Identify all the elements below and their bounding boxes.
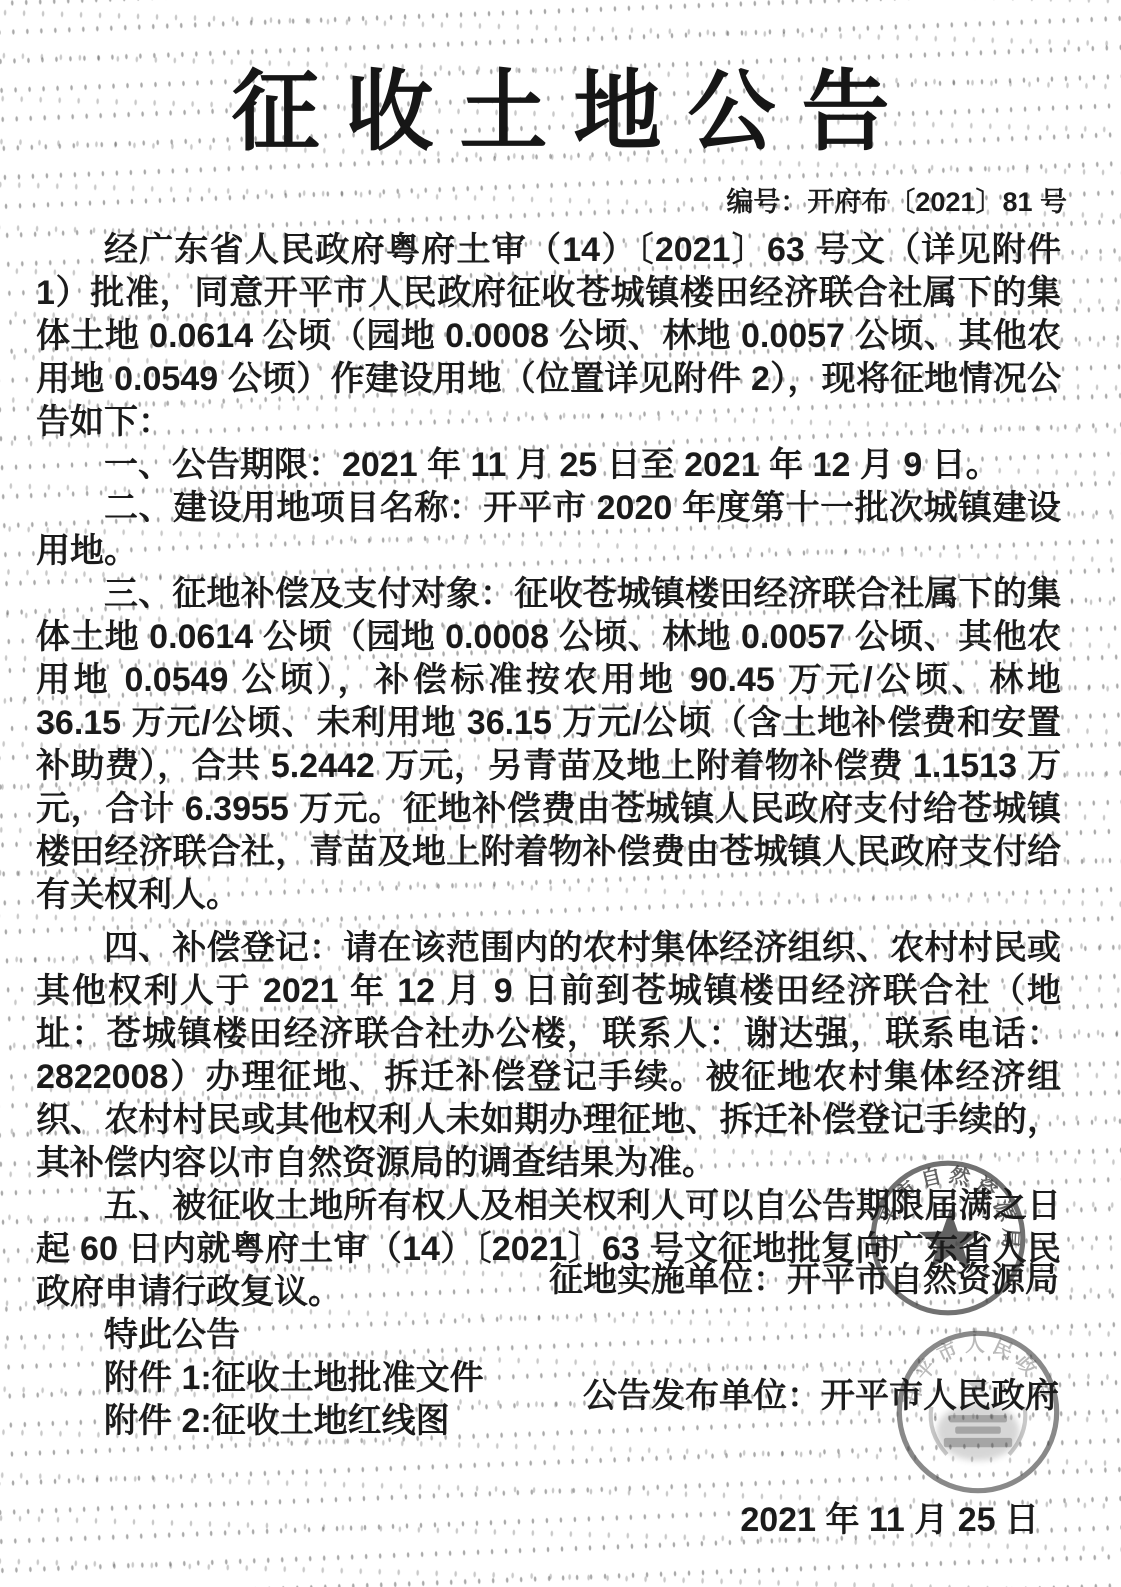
implementing-unit-line: 征地实施单位：开平市自然资源局 [549, 1252, 1059, 1301]
announcement-page: 征收土地公告 编号：开府布〔2021〕81 号 经广东省人民政府粤府土审（14）… [0, 0, 1121, 1587]
paragraph-intro: 经广东省人民政府粤府土审（14）〔2021〕63 号文（详见附件 1）批准，同意… [36, 229, 1061, 444]
issuing-unit-line: 公告发布单位：开平市人民政府 [583, 1368, 1059, 1417]
paragraph-item-1: 一、公告期限：2021 年 11 月 25 日至 2021 年 12 月 9 日… [36, 444, 1061, 487]
paragraph-item-3: 三、征地补偿及支付对象：征收苍城镇楼田经济联合社属下的集体土地 0.0614 公… [36, 573, 1061, 917]
paragraph-item-2: 二、建设用地项目名称：开平市 2020 年度第十一批次城镇建设用地。 [36, 487, 1061, 573]
document-content: 征收土地公告 编号：开府布〔2021〕81 号 经广东省人民政府粤府土审（14）… [0, 42, 1121, 1443]
page-title: 征收土地公告 [0, 42, 1121, 168]
document-number: 编号：开府布〔2021〕81 号 [0, 180, 1121, 219]
announcement-date: 2021 年 11 月 25 日 [740, 1492, 1039, 1541]
paragraph-item-4: 四、补偿登记：请在该范围内的农村集体经济组织、农村村民或其他权利人于 2021 … [36, 927, 1061, 1185]
paragraph-closing: 特此公告 [36, 1314, 1061, 1357]
